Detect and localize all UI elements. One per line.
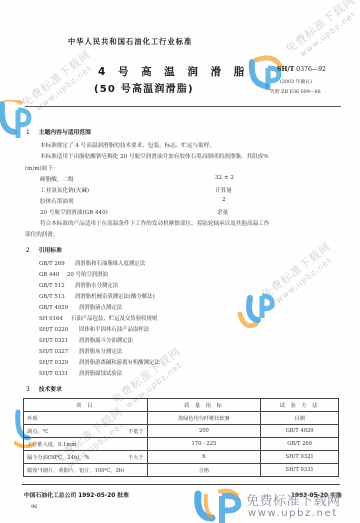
row-item: 滴点，℃ — [27, 429, 48, 435]
scope-paragraph: (m/m)如下： — [25, 164, 59, 172]
composition-value: 2 — [222, 197, 226, 203]
replaces-note: 代替 ZB E36 009—88 — [270, 88, 321, 95]
header-test-method: 试 验 方 法 — [261, 399, 339, 412]
header-quality-index: 质 量 指 标 — [147, 399, 261, 412]
reference-item: SH 0164石油产品包装、贮运及交货验收规则 — [39, 314, 157, 322]
document-subtitle: (50 号高温润滑脂) — [94, 80, 194, 95]
reference-item: GB/T 512润滑脂水分测定法 — [39, 281, 118, 289]
row-value: 6 — [147, 451, 261, 464]
row-item: 工作锥入度，0.1mm — [27, 442, 76, 448]
composition-name: 胶体石墨油剂 — [40, 197, 74, 205]
row-method: GB/T 4929 — [261, 425, 339, 438]
reference-item: SH/T 0229固体和半固体石油产品取样法 — [39, 325, 149, 333]
footer-divider — [22, 484, 340, 485]
header-item: 项 目 — [24, 399, 148, 412]
standard-code: SH/T 0376—92 — [277, 66, 326, 73]
row-method: SH/T 0321 — [261, 451, 339, 464]
scope-paragraph: 本标准适用于由脂肪酸钠皂稠化 20 号航空润滑油并加有胶体石墨而制成的润滑脂，其… — [40, 152, 269, 160]
row-item: 漏斗分油(50℃，24h)，% — [27, 455, 89, 461]
up-logo-icon — [236, 292, 276, 332]
row-value: 200 — [147, 425, 261, 438]
composition-name: 硬脂酸，二级 — [40, 175, 74, 183]
section-heading-scope: 1主题内容与适用范围 — [26, 127, 91, 136]
scope-paragraph: 符合本标准的产品适用于在高温条件下工作的发动机摩擦部位、着陆轮轴承以及其他高温工… — [40, 219, 269, 227]
technical-requirements-table: 项 目 质 量 指 标 试 验 方 法 外观 黑绿色均匀纤维状软膏 目测 滴点，… — [23, 398, 339, 477]
watermark-text: 免费标准下载网 www.upbz.net — [282, 0, 360, 64]
scope-paragraph: 本标准规定了 4 号高温润滑脂的技术要求、包装、标志、贮运与取样。 — [40, 141, 215, 149]
reference-item: GB/T 4929润滑脂滴点测定法 — [39, 303, 122, 311]
row-value: 合格 — [147, 464, 261, 477]
site-brand-watermark: 免费标准下载网 www.upbz.net — [190, 490, 360, 523]
table-row: 漏斗分油(50℃，24h)，%不大于 6 SH/T 0321 — [24, 451, 339, 464]
confirmation-note: (2003 年确认) — [280, 78, 312, 85]
brand-text-cn: 免费标准下载网 — [246, 490, 341, 509]
document-page: 免费标准下载网 www.upbz.net 免费标准下载网 www.upbz.ne… — [0, 0, 360, 523]
row-method: GB/T 269 — [261, 438, 339, 451]
reference-item: SH/T 0331润滑脂腐蚀试验法 — [39, 369, 122, 377]
approval-note: 中国石油化工总公司 1992-05-20 批准 — [24, 490, 129, 499]
row-value: 黑绿色均匀纤维状软膏 — [147, 412, 261, 425]
row-method: SH/T 0331 — [261, 464, 339, 477]
issuing-organization: 中华人民共和国石油化工行业标准 — [68, 37, 192, 47]
document-title: 4 号 高 温 润 滑 脂 — [98, 64, 249, 79]
composition-name: 20 号航空润滑油(GB 440) — [40, 208, 108, 216]
row-limit: 不大于 — [128, 454, 144, 461]
up-logo-icon — [194, 488, 244, 523]
watermark-text: 免费标准下载网 www.upbz.net — [258, 238, 340, 309]
row-method: 目测 — [261, 412, 339, 425]
composition-value: 余量 — [217, 208, 228, 216]
section-heading-technical: 3技术要求 — [26, 384, 62, 393]
reference-item: SH/T 0327润滑脂灰分测定法 — [39, 347, 122, 355]
table-header-row: 项 目 质 量 指 标 试 验 方 法 — [24, 399, 339, 412]
composition-value: 32 ± 2 — [215, 175, 234, 181]
row-value: 170 - 225 — [147, 438, 261, 451]
row-item: 腐蚀¹⁾(钢片、黄铜片、铝片，100℃，3h) — [27, 468, 124, 474]
section-heading-references: 2引用标准 — [26, 245, 62, 254]
reference-item: SH/T 0321润滑脂漏斗分油测定法 — [39, 336, 133, 344]
scope-paragraph: 部位的润滑。 — [25, 230, 59, 238]
brand-text-url: www.upbz.net — [248, 508, 338, 519]
composition-value: 计算量 — [215, 186, 232, 194]
reference-item: GB/T 513润滑脂机械杂质测定法(酸分解法) — [39, 292, 155, 300]
reference-item: SH/T 0329润滑脂游离碱和游离有机酸测定法 — [39, 358, 160, 366]
header-divider — [25, 106, 341, 107]
table-row: 工作锥入度，0.1mm 170 - 225 GB/T 269 — [24, 438, 339, 451]
reference-item: GB/T 269润滑脂和石油脂锥入度测定法 — [39, 259, 145, 267]
table-row: 腐蚀¹⁾(钢片、黄铜片、铝片，100℃，3h) 合格 SH/T 0331 — [24, 464, 339, 477]
table-row: 外观 黑绿色均匀纤维状软膏 目测 — [24, 412, 339, 425]
page-number: 96 — [31, 504, 37, 510]
table-row: 滴点，℃不低于 200 GB/T 4929 — [24, 425, 339, 438]
row-item: 外观 — [27, 416, 37, 422]
composition-name: 工业氢氧化钠(火碱) — [40, 186, 89, 194]
row-limit: 不低于 — [128, 428, 144, 435]
reference-item: GB 44020 号航空润滑油 — [39, 270, 108, 278]
